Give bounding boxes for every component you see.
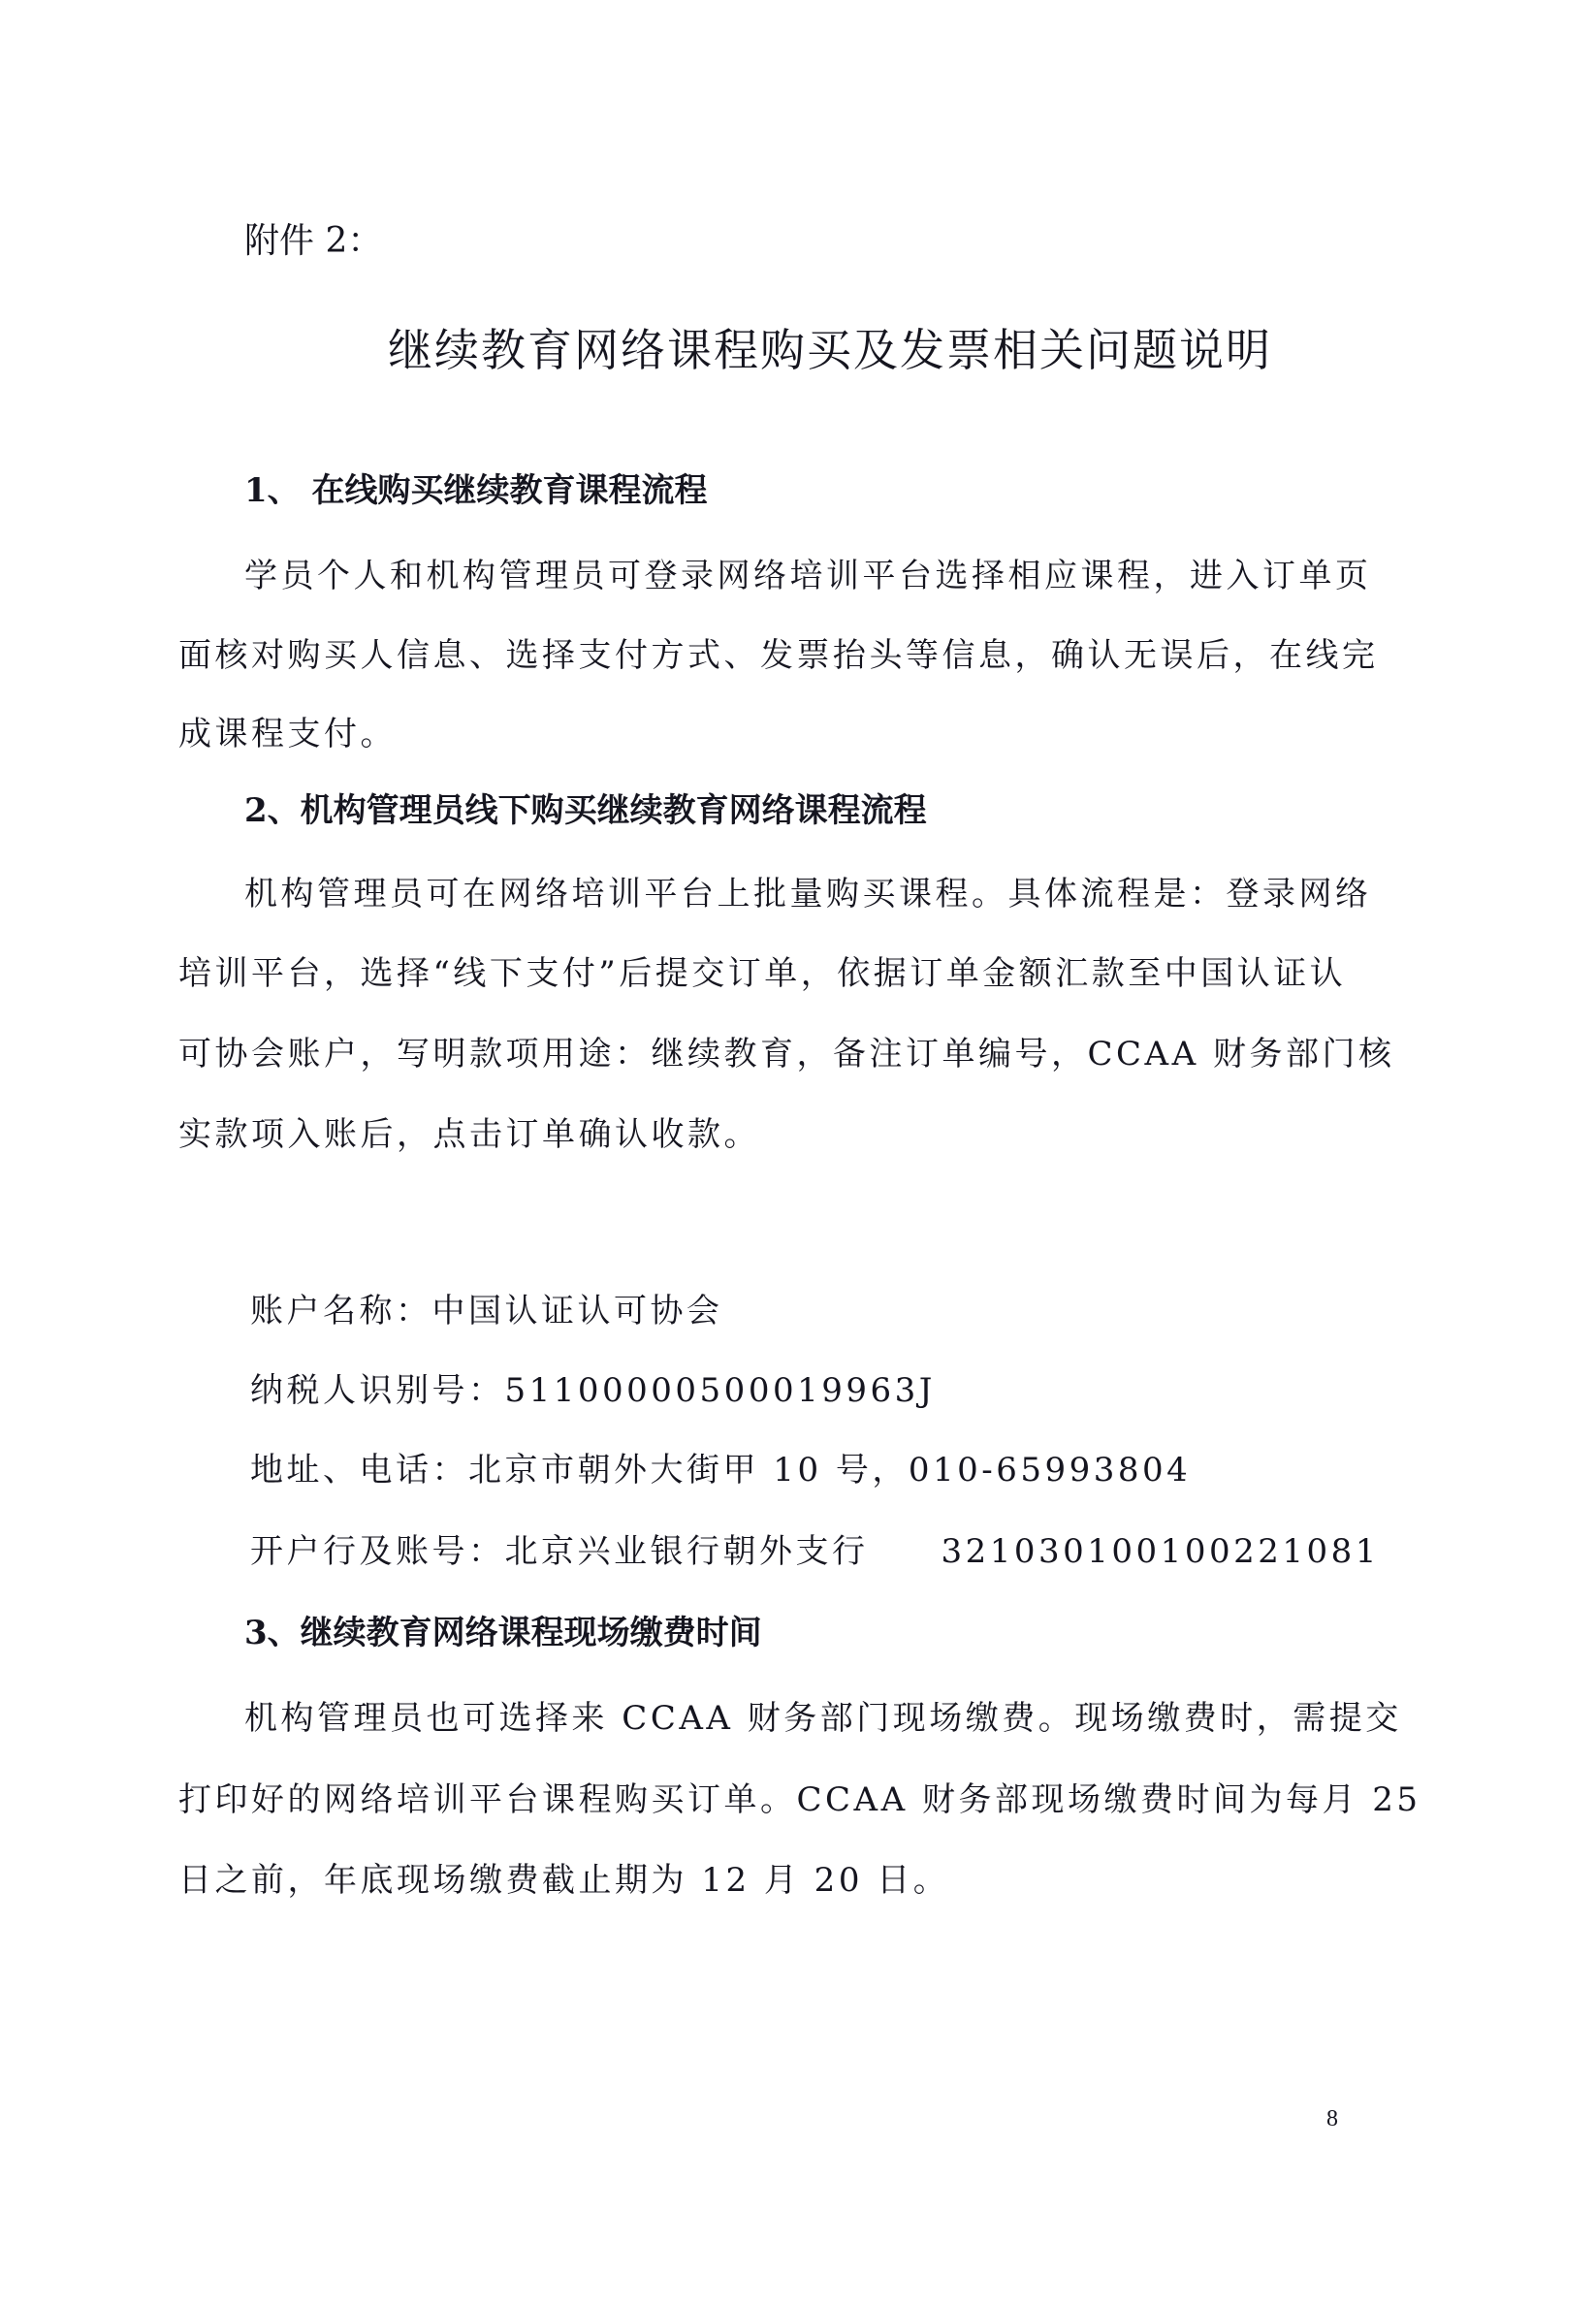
section-2-line-2: 培训平台，选择“线下支付”后提交订单，依据订单金额汇款至中国认证认 <box>178 946 1346 994</box>
document-title: 继续教育网络课程购买及发票相关问题说明 <box>388 315 1272 379</box>
section-3-line-3: 日之前，年底现场缴费截止期为 12 月 20 日。 <box>178 1853 949 1901</box>
section-2-line-4: 实款项入账后，点击订单确认收款。 <box>178 1107 760 1155</box>
page-number: 8 <box>1326 2106 1338 2132</box>
section-1-line-2: 面核对购买人信息、选择支付方式、发票抬头等信息，确认无误后，在线完 <box>178 628 1379 676</box>
section-1-line-3: 成课程支付。 <box>178 707 397 754</box>
section-1-line-1: 学员个人和机构管理员可登录网络培训平台选择相应课程，进入订单页 <box>244 549 1372 596</box>
section-2-line-1: 机构管理员可在网络培训平台上批量购买课程。具体流程是：登录网络 <box>244 867 1372 914</box>
attachment-label: 附件 2： <box>244 213 382 263</box>
section-3-heading: 3、继续教育网络课程现场缴费时间 <box>244 1606 762 1653</box>
account-tax-id: 纳税人识别号：51100000500019963J <box>250 1363 936 1411</box>
account-address-phone: 地址、电话：北京市朝外大街甲 10 号，010-65993804 <box>250 1443 1191 1490</box>
section-1-heading: 1、 在线购买继续教育课程流程 <box>244 464 708 511</box>
section-2-heading: 2、机构管理员线下购买继续教育网络课程流程 <box>244 784 927 831</box>
section-3-line-1: 机构管理员也可选择来 CCAA 财务部门现场缴费。现场缴费时，需提交 <box>244 1691 1402 1739</box>
section-3-line-2: 打印好的网络培训平台课程购买订单。CCAA 财务部现场缴费时间为每月 25 <box>178 1773 1421 1820</box>
account-name: 账户名称：中国认证认可协会 <box>250 1284 723 1331</box>
account-bank: 开户行及账号：北京兴业银行朝外支行 321030100100221081 <box>250 1524 1380 1572</box>
section-2-line-3: 可协会账户，写明款项用途：继续教育，备注订单编号，CCAA 财务部门核 <box>178 1027 1394 1074</box>
